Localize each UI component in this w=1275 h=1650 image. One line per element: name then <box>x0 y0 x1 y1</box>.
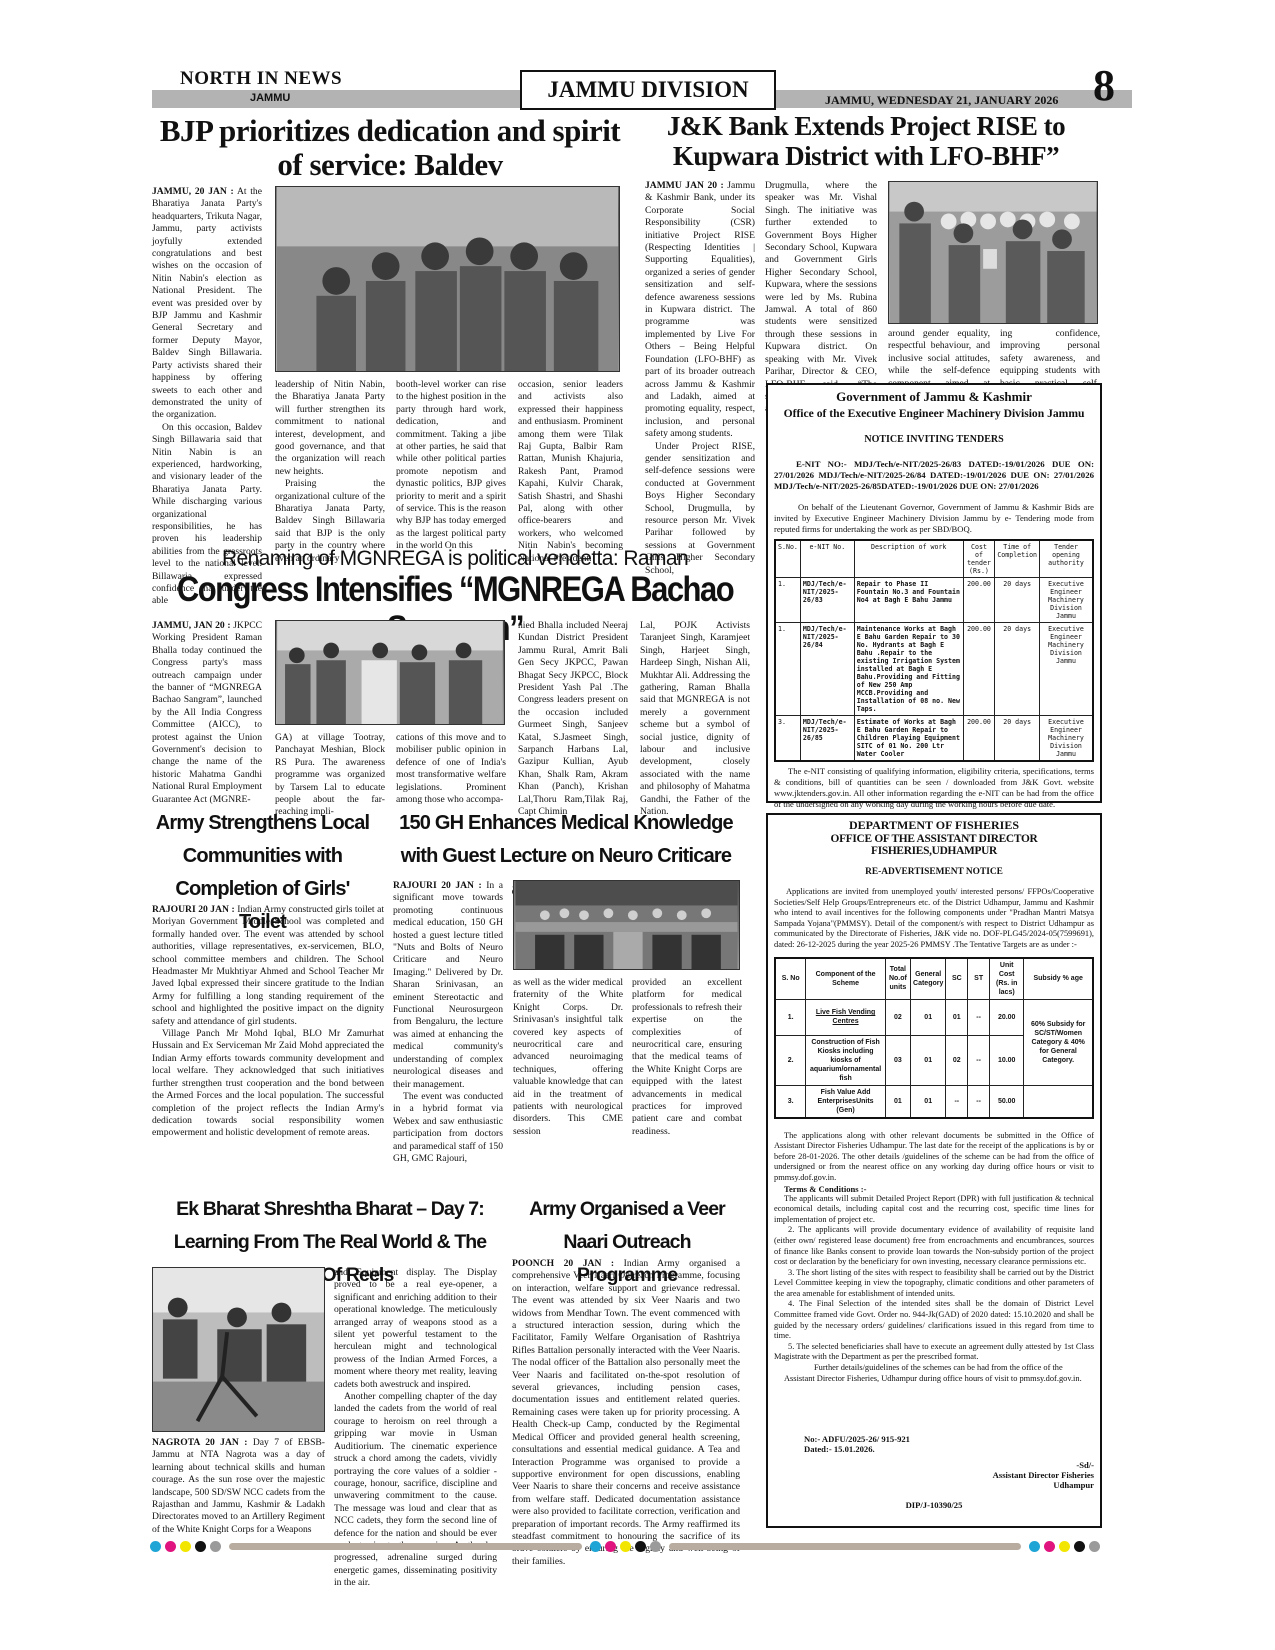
table-row: 3.Fish Value Add EnterprisesUnits (Gen)0… <box>775 1085 1093 1118</box>
mgnrega-col3: cations of this move and to mobiliser pu… <box>396 732 506 806</box>
magenta-dot <box>165 1541 176 1552</box>
rally-photo-image <box>276 621 504 724</box>
army-toilet-p2: Village Panch Mr Mohd Iqbal, BLO Mr Zamu… <box>152 1028 384 1140</box>
ebsb-dateline: NAGROTA 20 JAN : <box>152 1437 247 1448</box>
jkbank-photo <box>888 181 1098 324</box>
tender-enit: E-NIT NO:- MDJ/Tech/e-NIT/2025-26/83 DAT… <box>774 459 1094 492</box>
ebsb-col2-text: and Equipment display. The Display prove… <box>334 1267 497 1390</box>
gh150-col2: as well as the wider medical fraternity … <box>513 977 623 1138</box>
bjp-col2-text: leadership of Nitin Nabin, the Bharatiya… <box>275 379 385 477</box>
fisheries-terms-title: Terms & Conditions :- <box>784 1184 1094 1194</box>
fisheries-term-3: 3. The short listing of the sites with r… <box>774 1268 1094 1300</box>
gray-dot <box>1089 1541 1100 1552</box>
gh150-photo <box>513 880 740 970</box>
fisheries-dept: DEPARTMENT OF FISHERIES <box>774 818 1094 833</box>
color-dots-right <box>1029 1541 1100 1552</box>
veernaari-body: POONCH 20 JAN : Indian Army organised a … <box>512 1258 740 1568</box>
gray-dot <box>210 1541 221 1552</box>
bjp-col1-text: At the Bharatiya Janata Party's headquar… <box>152 186 262 420</box>
ebsb-col2b-text: Another compelling chapter of the day la… <box>334 1391 497 1590</box>
th-time: Time of Completion <box>995 540 1040 578</box>
black-dot <box>635 1541 646 1552</box>
table-row: 1.MDJ/Tech/e-NIT/2025-26/84Maintenance W… <box>775 623 1093 716</box>
th-sc: SC <box>946 958 968 1000</box>
fisheries-term-4: 4. The Final Selection of the intended s… <box>774 1299 1094 1341</box>
tender-gov: Government of Jammu & Kashmir <box>774 389 1094 405</box>
cyan-dot <box>590 1541 601 1552</box>
fisheries-sd: -Sd/- <box>774 1460 1094 1470</box>
fisheries-title: RE-ADVERTISEMENT NOTICE <box>774 867 1094 877</box>
fisheries-dip: DIP/J-10390/25 <box>774 1500 1094 1510</box>
paper-name: NORTH IN NEWS <box>180 68 342 90</box>
divider-rule <box>229 1543 582 1550</box>
th-description: Description of work <box>854 540 963 578</box>
fisheries-signatory-2: Udhampur <box>774 1480 1094 1490</box>
fisheries-submission: The applications along with other releva… <box>774 1131 1094 1184</box>
bjp-headline: BJP prioritizes dedication and spirit of… <box>150 114 630 182</box>
yellow-dot <box>620 1541 631 1552</box>
th-authority: Tender opening authority <box>1040 540 1093 578</box>
yellow-dot <box>180 1541 191 1552</box>
tender-title: NOTICE INVITING TENDERS <box>774 434 1094 445</box>
registration-marks <box>150 1539 1100 1553</box>
tender-office: Office of the Executive Engineer Machine… <box>774 407 1094 420</box>
magenta-dot <box>1044 1541 1055 1552</box>
veernaari-body-text: Indian Army organised a comprehensive Ve… <box>512 1258 740 1567</box>
black-dot <box>195 1541 206 1552</box>
mgnrega-col1: JAMMU, JAN 20 : JKPCC Working President … <box>152 620 262 806</box>
mgnrega-kicker: Renaming of MGNREGA is political vendett… <box>150 547 760 570</box>
tender-footer: The e-NIT consisting of qualifying infor… <box>774 766 1094 810</box>
th-unit-cost: Unit Cost (Rs. in lacs) <box>990 958 1024 1000</box>
mgnrega-photo <box>275 620 505 725</box>
cyan-dot <box>1029 1541 1040 1552</box>
mgnrega-col2: GA) at village Tootray, Panchayat Meshia… <box>275 732 385 819</box>
th-sno: S. No <box>775 958 806 1000</box>
color-dots-left <box>150 1541 221 1552</box>
jkbank-col2: Drugmulla, where the speaker was Mr. Vis… <box>765 180 877 416</box>
fisheries-term-2: 2. The applicants will provide documenta… <box>774 1225 1094 1267</box>
bjp-dateline: JAMMU, 20 JAN : <box>152 186 234 197</box>
magenta-dot <box>605 1541 616 1552</box>
th-total-units: Total No.of units <box>885 958 910 1000</box>
bjp-photo <box>275 186 620 372</box>
issue-date: JAMMU, WEDNESDAY 21, JANUARY 2026 <box>825 93 1058 108</box>
fisheries-table: S. No Component of the Scheme Total No.o… <box>774 957 1094 1119</box>
gh150-col1-text: In a significant move towards promoting … <box>393 880 503 1090</box>
jkbank-col1: JAMMU JAN 20 : Jammu & Kashmir Bank, und… <box>645 180 755 577</box>
mgnrega-col4: nied Bhalla included Neeraj Kundan Distr… <box>518 620 628 819</box>
army-toilet-body: RAJOURI 20 JAN : Indian Army constructed… <box>152 904 384 1140</box>
th-subsidy: Subsidy % age <box>1024 958 1093 1000</box>
table-row: 1.Live Fish Vending Centres020101--20.00… <box>775 999 1093 1035</box>
mgnrega-col5: Lal, POJK Activists Taranjeet Singh, Kar… <box>640 620 750 819</box>
gh150-col3: provided an excellent platform for medic… <box>632 977 742 1138</box>
th-component: Component of the Scheme <box>806 958 885 1000</box>
bjp-col1: JAMMU, 20 JAN : At the Bharatiya Janata … <box>152 186 262 608</box>
th-enit: e-NIT No. <box>800 540 854 578</box>
group-photo-image <box>276 187 619 371</box>
th-cost: Cost of tender (Rs.) <box>963 540 995 578</box>
subsidy-cell: 60% Subsidy for SC/ST/Women Category & 4… <box>1024 999 1093 1085</box>
ebsb-col1: NAGROTA 20 JAN : Day 7 of EBSB-Jammu at … <box>152 1437 325 1536</box>
fisheries-notice: DEPARTMENT OF FISHERIES OFFICE OF THE AS… <box>766 813 1102 1528</box>
gray-dot <box>650 1541 661 1552</box>
jkbank-dateline: JAMMU JAN 20 : <box>645 180 724 191</box>
section-title: JAMMU DIVISION <box>520 70 776 110</box>
mgnrega-col1-text: JKPCC Working President Raman Bhalla tod… <box>152 620 262 805</box>
bjp-col3: booth-level worker can rise to the highe… <box>396 379 506 553</box>
cadets-weapon-photo-image <box>153 1268 324 1431</box>
jkbank-col1-text: Jammu & Kashmir Bank, under its Corporat… <box>645 180 755 439</box>
fisheries-term-1: The applicants will submit Detailed Proj… <box>774 1194 1094 1226</box>
th-general: General Category <box>911 958 946 1000</box>
fisheries-office: OFFICE OF THE ASSISTANT DIRECTOR FISHERI… <box>774 833 1094 857</box>
veernaari-dateline: POONCH 20 JAN : <box>512 1258 614 1269</box>
color-dots-center <box>590 1541 661 1552</box>
fisheries-intro: Applications are invited from unemployed… <box>774 887 1094 951</box>
table-row: 1.MDJ/Tech/e-NIT/2025-26/83Repair to Pha… <box>775 578 1093 623</box>
gh150-col1: RAJOURI 20 JAN : In a significant move t… <box>393 880 503 1165</box>
bjp-col4: occasion, senior leaders and activists a… <box>518 379 623 565</box>
fisheries-no: No:- ADFU/2025-26/ 915-921 <box>804 1434 1094 1444</box>
bjp-col2: leadership of Nitin Nabin, the Bharatiya… <box>275 379 385 565</box>
mgnrega-dateline: JAMMU, JAN 20 : <box>152 620 231 631</box>
yellow-dot <box>1059 1541 1070 1552</box>
divider-rule <box>669 1543 1022 1550</box>
lecture-hall-photo-image <box>514 881 739 969</box>
gh150-col1b-text: The event was conducted in a hybrid form… <box>393 1091 503 1165</box>
th-sno: S.No. <box>775 540 800 578</box>
army-toilet-p1: Indian Army constructed girls toilet at … <box>152 904 384 1027</box>
ebsb-col1-text: Day 7 of EBSB-Jammu at NTA Nagrota was a… <box>152 1437 325 1535</box>
paper-city: JAMMU <box>250 92 290 104</box>
table-row: 3.MDJ/Tech/e-NIT/2025-26/85Estimate of W… <box>775 716 1093 762</box>
fisheries-further: Further details/guidelines of the scheme… <box>774 1363 1094 1384</box>
th-st: ST <box>968 958 990 1000</box>
tender-notice: Government of Jammu & Kashmir Office of … <box>766 383 1102 803</box>
ebsb-photo <box>152 1267 325 1432</box>
page-number: 8 <box>1093 62 1115 110</box>
gh150-dateline: RAJOURI 20 JAN : <box>393 880 482 891</box>
tender-table: S.No. e-NIT No. Description of work Cost… <box>774 539 1094 762</box>
tender-intro: On behalf of the Lieutenant Governor, Go… <box>774 502 1094 535</box>
jkbank-headline: J&K Bank Extends Project RISE to Kupwara… <box>636 112 1096 171</box>
black-dot <box>1074 1541 1085 1552</box>
fisheries-term-5: 5. The selected beneficiaries shall have… <box>774 1342 1094 1363</box>
fisheries-dated: Dated:- 15.01.2026. <box>804 1444 1094 1454</box>
fisheries-signatory-1: Assistant Director Fisheries <box>774 1470 1094 1480</box>
students-photo-image <box>889 182 1097 323</box>
cyan-dot <box>150 1541 161 1552</box>
army-toilet-dateline: RAJOURI 20 JAN : <box>152 904 235 915</box>
